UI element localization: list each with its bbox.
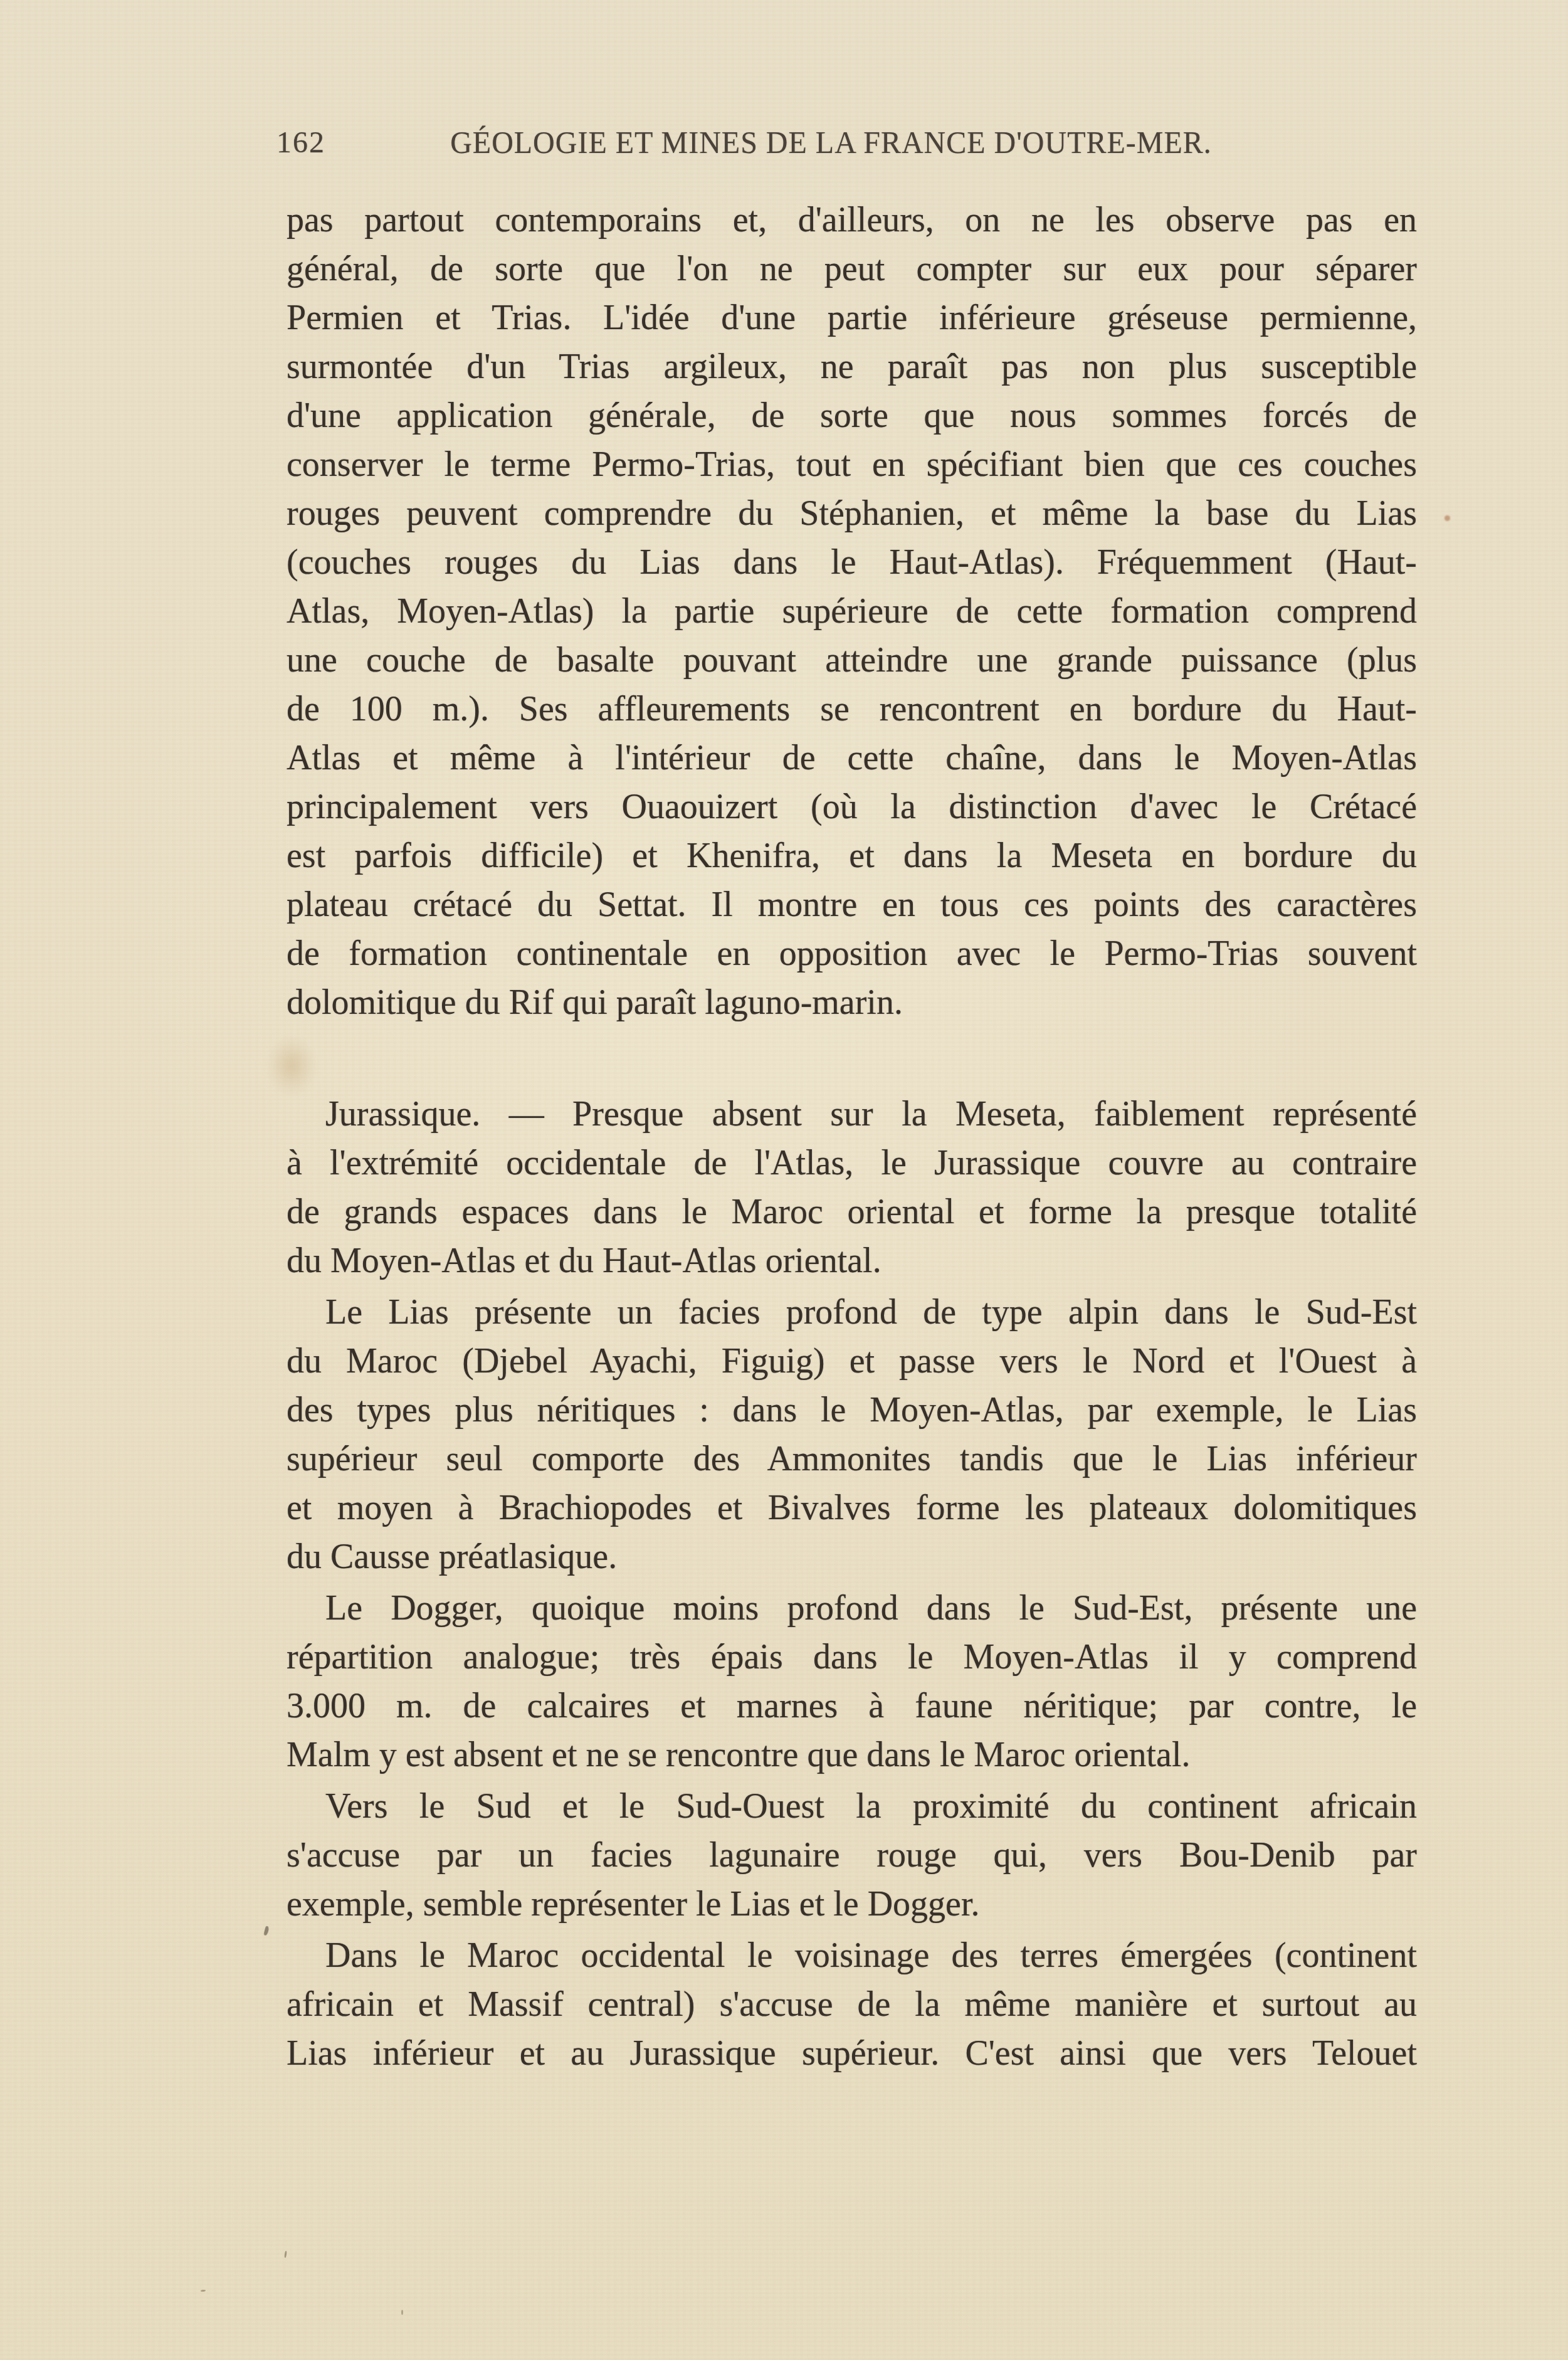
book-page: 162 GÉOLOGIE ET MINES DE LA FRANCE D'OUT… bbox=[0, 0, 1568, 2360]
page-header: 162 GÉOLOGIE ET MINES DE LA FRANCE D'OUT… bbox=[287, 125, 1417, 163]
text-line: de formation continentale en opposition … bbox=[287, 929, 1417, 978]
running-title: GÉOLOGIE ET MINES DE LA FRANCE D'OUTRE-M… bbox=[287, 125, 1417, 161]
text-line: est parfois difficile) et Khenifra, et d… bbox=[287, 831, 1417, 880]
text-line: (couches rouges du Lias dans le Haut-Atl… bbox=[287, 538, 1417, 587]
text-line: à l'extrémité occidentale de l'Atlas, le… bbox=[287, 1139, 1417, 1188]
text-line: plateau crétacé du Settat. Il montre en … bbox=[287, 880, 1417, 929]
text-line: et moyen à Brachiopodes et Bivalves form… bbox=[287, 1483, 1417, 1532]
text-line: Atlas, Moyen-Atlas) la partie supérieure… bbox=[287, 587, 1417, 636]
text-line: s'accuse par un facies lagunaire rouge q… bbox=[287, 1831, 1417, 1880]
ink-speck bbox=[263, 1925, 269, 1936]
text-line: du Moyen-Atlas et du Haut-Atlas oriental… bbox=[287, 1236, 1417, 1285]
paragraph: Le Lias présente un facies profond de ty… bbox=[287, 1288, 1417, 1581]
text-line: d'une application générale, de sorte que… bbox=[287, 391, 1417, 440]
text-line: surmontée d'un Trias argileux, ne paraît… bbox=[287, 342, 1417, 391]
text-line: Atlas et même à l'intérieur de cette cha… bbox=[287, 734, 1417, 782]
paragraph: Le Dogger, quoique moins profond dans le… bbox=[287, 1584, 1417, 1779]
paper-speck bbox=[1444, 515, 1450, 521]
paragraph: Dans le Maroc occidental le voisinage de… bbox=[287, 1931, 1417, 2078]
text-line: pas partout contemporains et, d'ailleurs… bbox=[287, 196, 1417, 245]
text-line: Vers le Sud et le Sud-Ouest la proximité… bbox=[287, 1782, 1417, 1831]
text-line: de grands espaces dans le Maroc oriental… bbox=[287, 1188, 1417, 1236]
text-line: des types plus néritiques : dans le Moye… bbox=[287, 1386, 1417, 1435]
text-line: Lias inférieur et au Jurassique supérieu… bbox=[287, 2029, 1417, 2078]
text-line: Dans le Maroc occidental le voisinage de… bbox=[287, 1931, 1417, 1980]
text-line: 3.000 m. de calcaires et marnes à faune … bbox=[287, 1682, 1417, 1730]
text-line: Malm y est absent et ne se rencontre que… bbox=[287, 1730, 1417, 1779]
text-line: principalement vers Ouaouizert (où la di… bbox=[287, 782, 1417, 831]
text-line: supérieur seul comporte des Ammonites ta… bbox=[287, 1435, 1417, 1483]
text-line: Le Lias présente un facies profond de ty… bbox=[287, 1288, 1417, 1337]
body-text: pas partout contemporains et, d'ailleurs… bbox=[287, 196, 1417, 2078]
paragraph: pas partout contemporains et, d'ailleurs… bbox=[287, 196, 1417, 1027]
text-line: du Causse préatlasique. bbox=[287, 1532, 1417, 1581]
paper-fiber bbox=[201, 2290, 206, 2292]
paper-fiber bbox=[401, 2310, 403, 2315]
text-line: Jurassique. — Presque absent sur la Mese… bbox=[287, 1090, 1417, 1139]
text-line: rouges peuvent comprendre du Stéphanien,… bbox=[287, 489, 1417, 538]
text-line: Permien et Trias. L'idée d'une partie in… bbox=[287, 293, 1417, 342]
paragraph: Jurassique. — Presque absent sur la Mese… bbox=[287, 1090, 1417, 1285]
text-line: général, de sorte que l'on ne peut compt… bbox=[287, 245, 1417, 293]
text-line: Le Dogger, quoique moins profond dans le… bbox=[287, 1584, 1417, 1633]
paragraph: Vers le Sud et le Sud-Ouest la proximité… bbox=[287, 1782, 1417, 1929]
paper-fiber bbox=[284, 2251, 287, 2258]
text-line: une couche de basalte pouvant atteindre … bbox=[287, 636, 1417, 685]
text-line: conserver le terme Permo-Trias, tout en … bbox=[287, 440, 1417, 489]
text-line: exemple, semble représenter le Lias et l… bbox=[287, 1880, 1417, 1929]
text-line: dolomitique du Rif qui paraît laguno-mar… bbox=[287, 978, 1417, 1027]
text-line: du Maroc (Djebel Ayachi, Figuig) et pass… bbox=[287, 1337, 1417, 1386]
text-line: de 100 m.). Ses affleurements se rencont… bbox=[287, 685, 1417, 734]
text-line: répartition analogue; très épais dans le… bbox=[287, 1633, 1417, 1682]
text-line: africain et Massif central) s'accuse de … bbox=[287, 1980, 1417, 2029]
